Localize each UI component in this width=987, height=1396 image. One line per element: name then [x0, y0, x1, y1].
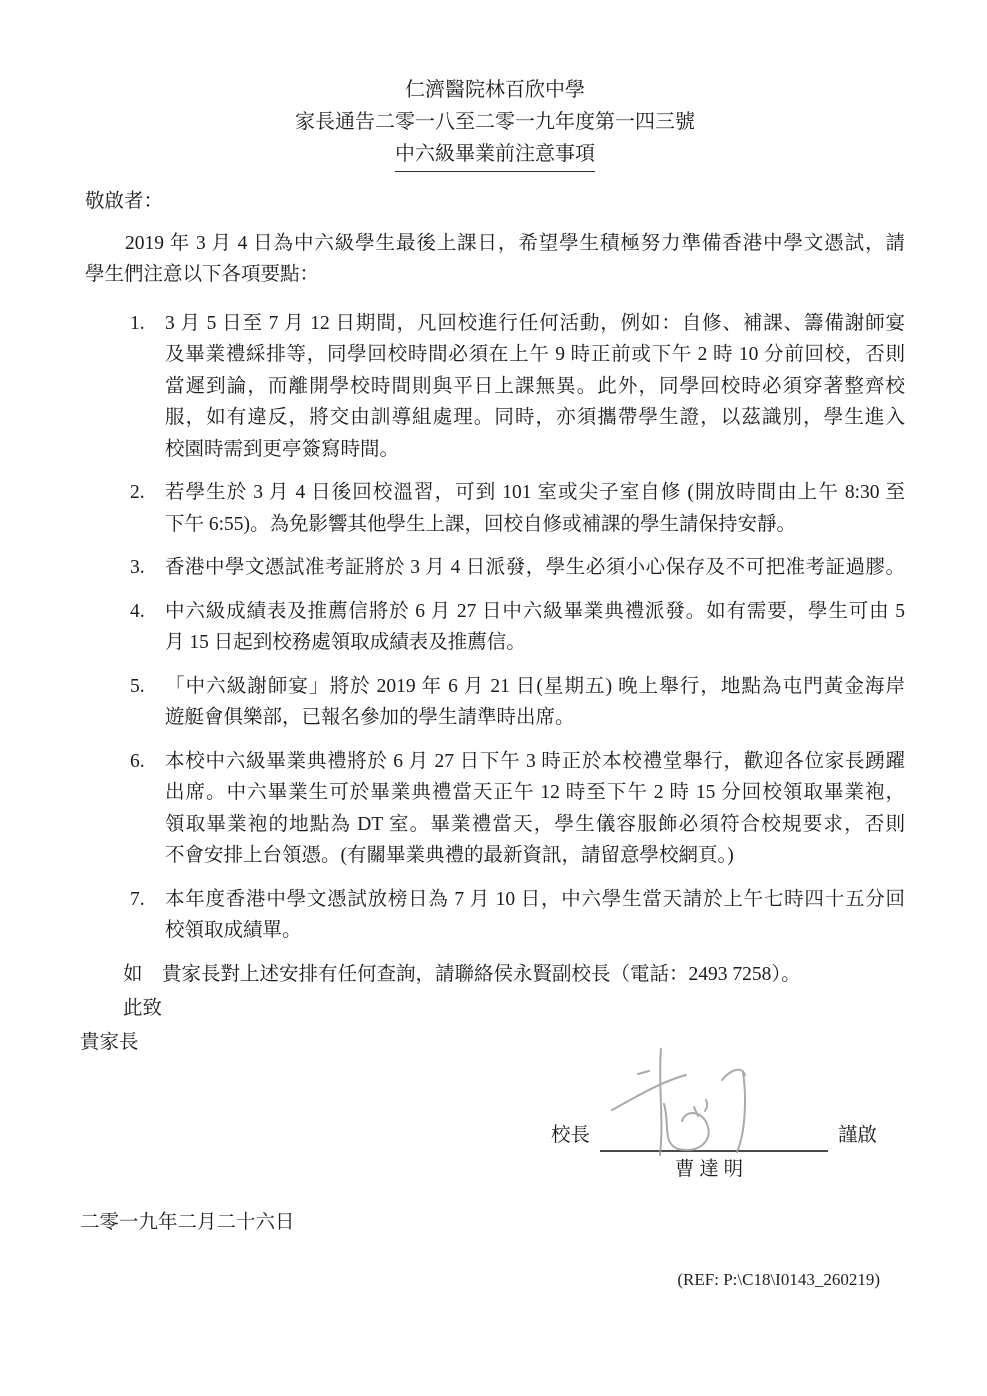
notice-number-line: 家長通告二零一八至二零一九年度第一四三號	[85, 106, 905, 138]
item-line: 若學生於 3 月 4 日後回校溫習，可到 101 室或尖子室自修 (開放時間由上…	[165, 477, 905, 509]
signature-line	[600, 1120, 828, 1152]
item-text: 中六級成績表及推薦信將於 6 月 27 日中六級畢業典禮派發。如有需要，學生可由…	[165, 596, 905, 659]
subject-title: 中六級畢業前注意事項	[395, 138, 595, 172]
closing-line: 此致	[123, 993, 905, 1025]
item-text: 本年度香港中學文憑試放榜日為 7 月 10 日，中六學生當天請於上午七時四十五分…	[165, 884, 905, 947]
item-number: 3.	[130, 552, 165, 584]
item-number: 5.	[130, 671, 165, 734]
item-line: 月 15 日起到校務處領取成績表及推薦信。	[165, 627, 905, 659]
reference-number: (REF: P:\C18\I0143_260219)	[85, 1264, 905, 1296]
notice-item: 5.「中六級謝師宴」將於 2019 年 6 月 21 日(星期五) 晚上舉行，地…	[130, 671, 905, 734]
principal-handwritten-signature	[594, 1048, 814, 1158]
item-number: 2.	[130, 477, 165, 540]
item-number: 6.	[130, 746, 165, 872]
intro-line: 2019 年 3 月 4 日為中六級學生最後上課日，希望學生積極努力準備香港中學…	[85, 228, 905, 260]
school-name: 仁濟醫院林百欣中學	[85, 74, 905, 106]
item-line: 不會安排上台領憑。(有關畢業典禮的最新資訊，請留意學校網頁。)	[165, 840, 905, 872]
intro-line: 學生們注意以下各項要點：	[85, 259, 905, 291]
notice-item: 1.3 月 5 日至 7 月 12 日期間，凡回校進行任何活動，例如：自修、補課…	[130, 308, 905, 466]
signature-block: 校長 謹啟 曹 達 明	[85, 1120, 905, 1186]
item-text: 香港中學文憑試准考証將於 3 月 4 日派發，學生必須小心保存及不可把准考証過膠…	[165, 552, 905, 584]
item-line: 香港中學文憑試准考証將於 3 月 4 日派發，學生必須小心保存及不可把准考証過膠…	[165, 552, 905, 584]
notice-item: 2.若學生於 3 月 4 日後回校溫習，可到 101 室或尖子室自修 (開放時間…	[130, 477, 905, 540]
notice-item: 4.中六級成績表及推薦信將於 6 月 27 日中六級畢業典禮派發。如有需要，學生…	[130, 596, 905, 659]
respectfully-label: 謹啟	[838, 1120, 877, 1152]
salutation: 敬啟者：	[85, 186, 905, 218]
item-line: 遊艇會俱樂部，已報名參加的學生請準時出席。	[165, 702, 905, 734]
subject-title-row: 中六級畢業前注意事項	[85, 138, 905, 172]
principal-role-label: 校長	[551, 1120, 590, 1152]
notice-item: 3.香港中學文憑試准考証將於 3 月 4 日派發，學生必須小心保存及不可把准考証…	[130, 552, 905, 584]
intro-paragraph: 2019 年 3 月 4 日為中六級學生最後上課日，希望學生積極努力準備香港中學…	[85, 228, 905, 291]
notice-document-page: 仁濟醫院林百欣中學 家長通告二零一八至二零一九年度第一四三號 中六級畢業前注意事…	[0, 0, 987, 1396]
notice-item: 6.本校中六級畢業典禮將於 6 月 27 日下午 3 時正於本校禮堂舉行，歡迎各…	[130, 746, 905, 872]
item-text: 若學生於 3 月 4 日後回校溫習，可到 101 室或尖子室自修 (開放時間由上…	[165, 477, 905, 540]
item-line: 下午 6:55)。為免影響其他學生上課，回校自修或補課的學生請保持安靜。	[165, 509, 905, 541]
item-line: 領取畢業袍的地點為 DT 室。畢業禮當天，學生儀容服飾必須符合校規要求，否則	[165, 809, 905, 841]
item-line: 校領取成績單。	[165, 915, 905, 947]
item-line: 本年度香港中學文憑試放榜日為 7 月 10 日，中六學生當天請於上午七時四十五分…	[165, 884, 905, 916]
item-line: 及畢業禮綵排等，同學回校時間必須在上午 9 時正前或下午 2 時 10 分前回校…	[165, 339, 905, 371]
item-line: 「中六級謝師宴」將於 2019 年 6 月 21 日(星期五) 晚上舉行，地點為…	[165, 671, 905, 703]
item-line: 中六級成績表及推薦信將於 6 月 27 日中六級畢業典禮派發。如有需要，學生可由…	[165, 596, 905, 628]
item-line: 3 月 5 日至 7 月 12 日期間，凡回校進行任何活動，例如：自修、補課、籌…	[165, 308, 905, 340]
item-text: 「中六級謝師宴」將於 2019 年 6 月 21 日(星期五) 晚上舉行，地點為…	[165, 671, 905, 734]
item-line: 本校中六級畢業典禮將於 6 月 27 日下午 3 時正於本校禮堂舉行，歡迎各位家…	[165, 746, 905, 778]
notice-list: 1.3 月 5 日至 7 月 12 日期間，凡回校進行任何活動，例如：自修、補課…	[130, 308, 905, 947]
principal-name: 曹 達 明	[595, 1154, 823, 1186]
item-text: 3 月 5 日至 7 月 12 日期間，凡回校進行任何活動，例如：自修、補課、籌…	[165, 308, 905, 466]
document-header: 仁濟醫院林百欣中學 家長通告二零一八至二零一九年度第一四三號 中六級畢業前注意事…	[85, 74, 905, 172]
issue-date: 二零一九年二月二十六日	[80, 1207, 905, 1239]
notice-item: 7.本年度香港中學文憑試放榜日為 7 月 10 日，中六學生當天請於上午七時四十…	[130, 884, 905, 947]
item-line: 出席。中六畢業生可於畢業典禮當天正午 12 時至下午 2 時 15 分回校領取畢…	[165, 777, 905, 809]
inquiry-line: 如 貴家長對上述安排有任何查詢，請聯絡侯永賢副校長（電話：2493 7258）。	[123, 959, 905, 991]
signature-row: 校長 謹啟	[85, 1120, 905, 1152]
item-line: 當遲到論，而離開學校時間則與平日上課無異。此外，同學回校時必須穿著整齊校	[165, 371, 905, 403]
item-line: 服，如有違反，將交由訓導組處理。同時，亦須攜帶學生證，以茲識別，學生進入	[165, 402, 905, 434]
item-line: 校園時需到更亭簽寫時間。	[165, 434, 905, 466]
item-number: 1.	[130, 308, 165, 466]
item-number: 7.	[130, 884, 165, 947]
item-text: 本校中六級畢業典禮將於 6 月 27 日下午 3 時正於本校禮堂舉行，歡迎各位家…	[165, 746, 905, 872]
item-number: 4.	[130, 596, 165, 659]
